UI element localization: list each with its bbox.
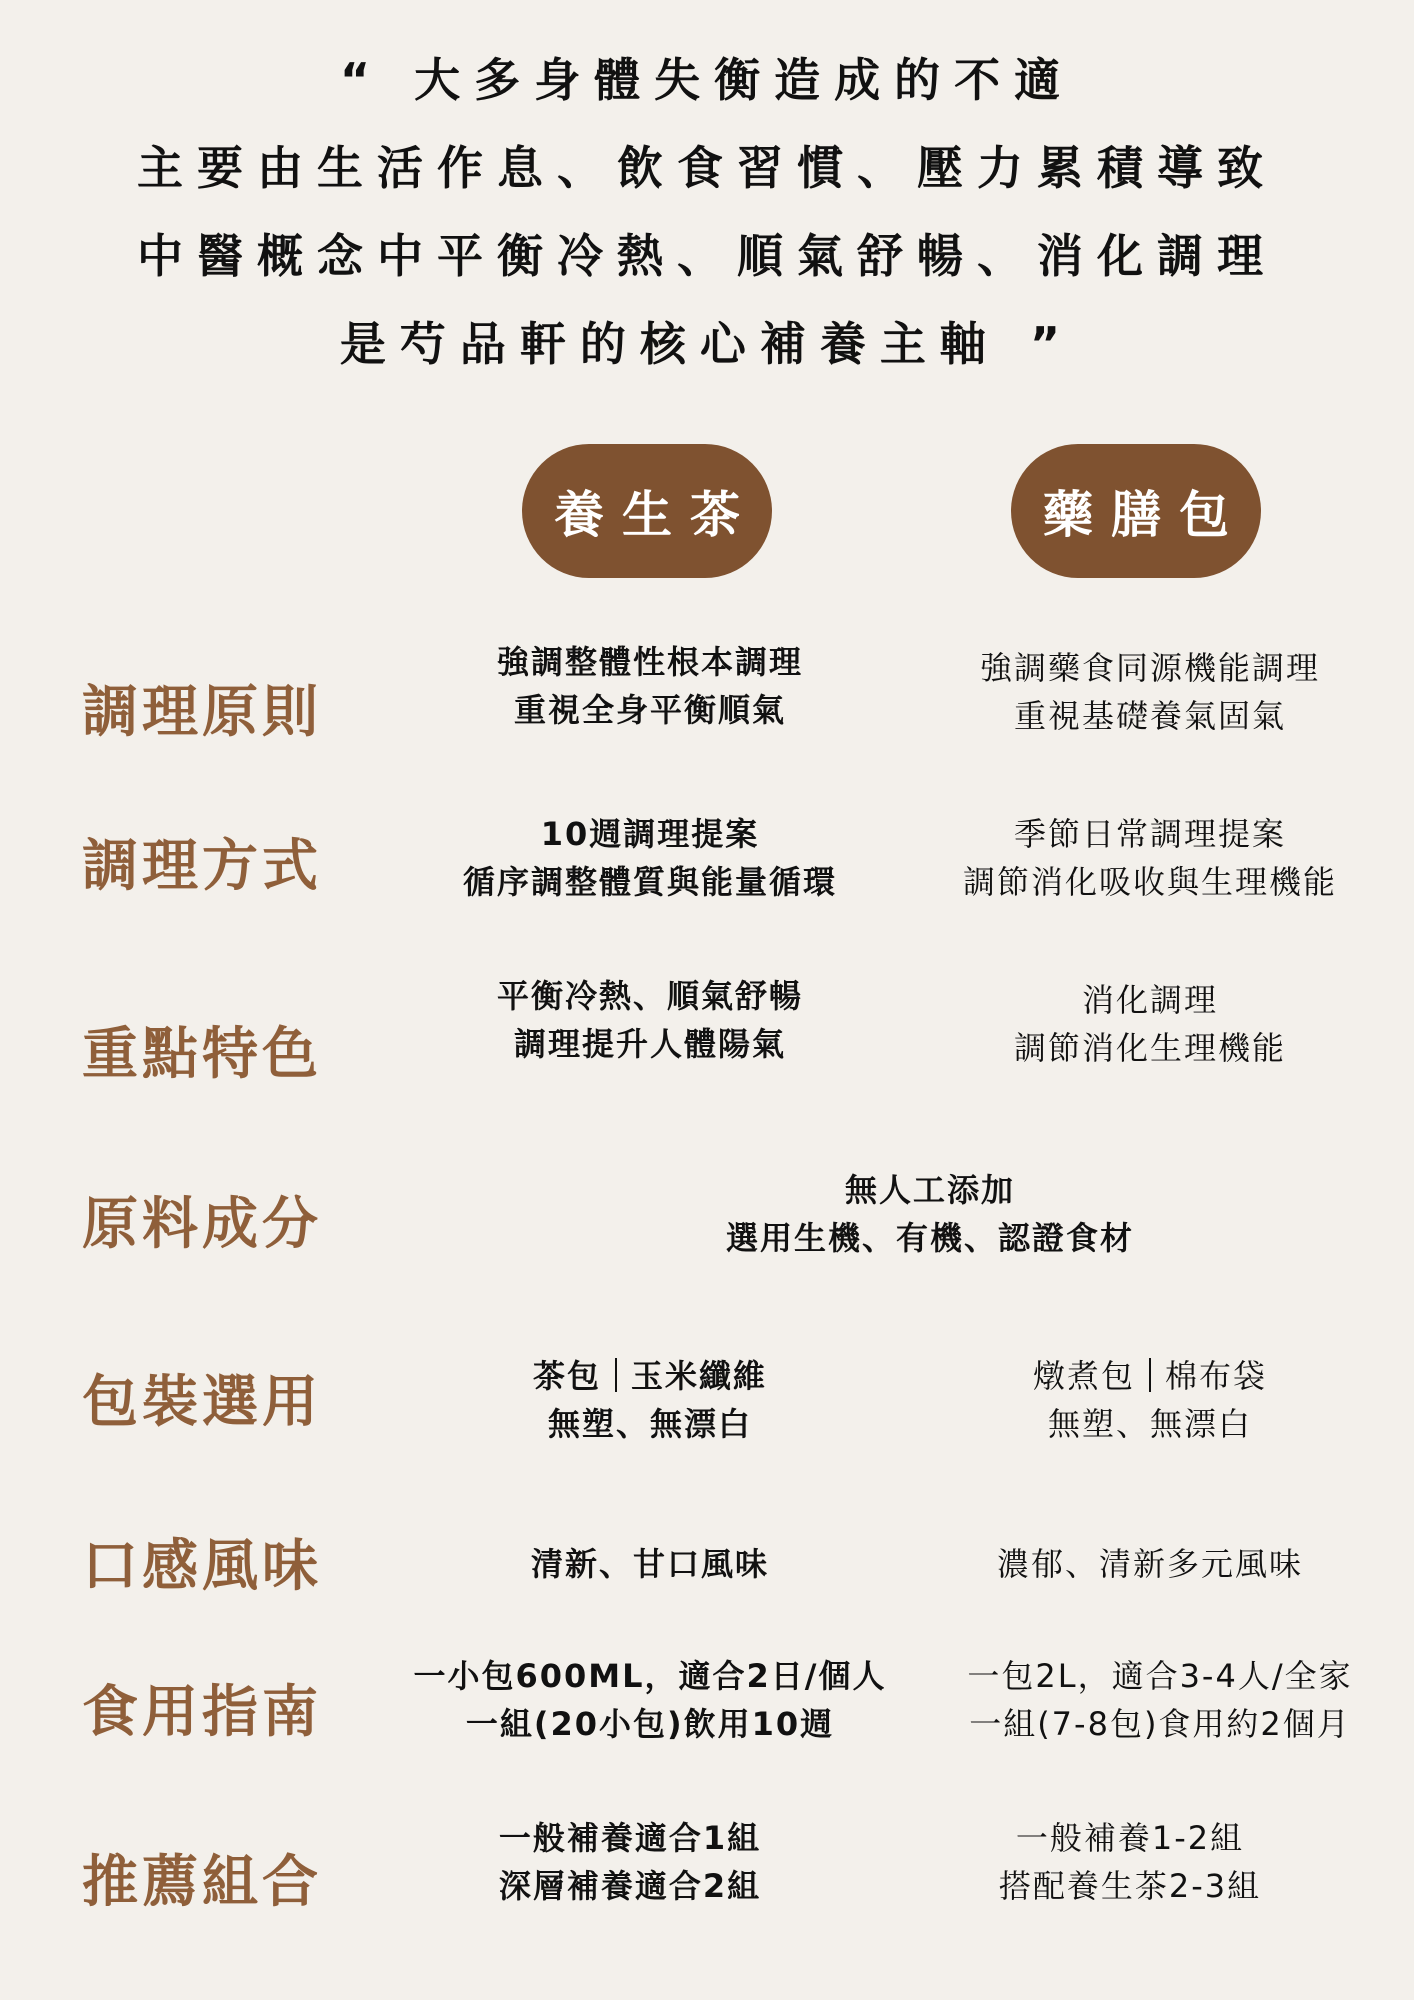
herb-line: 一包2L，適合3-4人/全家 — [920, 1652, 1400, 1700]
column-header-herb: 藥膳包 — [1011, 444, 1261, 578]
tea-line: 一組(20小包)飲用10週 — [380, 1700, 920, 1748]
herb-line: 無塑、無漂白 — [900, 1400, 1400, 1448]
herb-line: 燉煮包棉布袋 — [900, 1352, 1400, 1400]
tea-cell: 平衡冷熱、順氣舒暢 調理提升人體陽氣 — [380, 972, 920, 1068]
herb-line: 濃郁、清新多元風味 — [900, 1540, 1400, 1588]
tea-line: 深層補養適合2組 — [360, 1862, 900, 1910]
herb-cell: 季節日常調理提案 調節消化吸收與生理機能 — [900, 810, 1400, 906]
tea-pack-material: 玉米纖維 — [631, 1357, 767, 1395]
intro-quote: “ 大多身體失衡造成的不適 主要由生活作息、飲食習慣、壓力累積導致 中醫概念中平… — [0, 36, 1414, 388]
tea-line: 茶包玉米纖維 — [380, 1352, 920, 1400]
column-header-tea: 養生茶 — [522, 444, 772, 578]
tea-cell: 茶包玉米纖維 無塑、無漂白 — [380, 1352, 920, 1448]
shared-cell: 無人工添加 選用生機、有機、認證食材 — [380, 1166, 1414, 1262]
herb-cell: 一包2L，適合3-4人/全家 一組(7-8包)食用約2個月 — [920, 1652, 1400, 1748]
quote-line-2: 主要由生活作息、飲食習慣、壓力累積導致 — [0, 124, 1414, 212]
quote-line-1: “ 大多身體失衡造成的不適 — [0, 36, 1414, 124]
tea-cell: 強調整體性根本調理 重視全身平衡順氣 — [380, 638, 920, 734]
herb-line: 一組(7-8包)食用約2個月 — [920, 1700, 1400, 1748]
shared-line: 無人工添加 — [380, 1166, 1414, 1214]
tea-cell: 10週調理提案 循序調整體質與能量循環 — [380, 810, 920, 906]
row-label: 重點特色 — [82, 1010, 322, 1090]
quote-line-3: 中醫概念中平衡冷熱、順氣舒暢、消化調理 — [0, 212, 1414, 300]
herb-line: 消化調理 — [900, 976, 1400, 1024]
herb-line: 調節消化吸收與生理機能 — [900, 858, 1400, 906]
tea-line: 平衡冷熱、順氣舒暢 — [380, 972, 920, 1020]
herb-line: 重視基礎養氣固氣 — [900, 692, 1400, 740]
row-label: 調理原則 — [82, 668, 322, 748]
tea-line: 無塑、無漂白 — [380, 1400, 920, 1448]
tea-cell: 一小包600ML，適合2日/個人 一組(20小包)飲用10週 — [380, 1652, 920, 1748]
divider — [615, 1358, 617, 1392]
herb-line: 季節日常調理提案 — [900, 810, 1400, 858]
tea-line: 循序調整體質與能量循環 — [380, 858, 920, 906]
herb-pack-type: 燉煮包 — [1033, 1357, 1135, 1395]
shared-line: 選用生機、有機、認證食材 — [380, 1214, 1414, 1262]
tea-line: 重視全身平衡順氣 — [380, 686, 920, 734]
herb-line: 強調藥食同源機能調理 — [900, 644, 1400, 692]
tea-line: 強調整體性根本調理 — [380, 638, 920, 686]
tea-line: 一般補養適合1組 — [360, 1814, 900, 1862]
herb-cell: 一般補養1-2組 搭配養生茶2-3組 — [880, 1814, 1380, 1910]
herb-line: 調節消化生理機能 — [900, 1024, 1400, 1072]
row-label: 推薦組合 — [82, 1838, 322, 1918]
tea-pack-type: 茶包 — [533, 1357, 601, 1395]
row-label: 調理方式 — [82, 822, 322, 902]
herb-cell: 強調藥食同源機能調理 重視基礎養氣固氣 — [900, 644, 1400, 740]
row-label: 包裝選用 — [82, 1358, 322, 1438]
quote-line-4: 是芍品軒的核心補養主軸 ” — [0, 300, 1414, 388]
row-label: 口感風味 — [82, 1522, 322, 1602]
herb-cell: 燉煮包棉布袋 無塑、無漂白 — [900, 1352, 1400, 1448]
row-label: 原料成分 — [82, 1180, 322, 1260]
tea-line: 一小包600ML，適合2日/個人 — [380, 1652, 920, 1700]
herb-line: 搭配養生茶2-3組 — [880, 1862, 1380, 1910]
herb-line: 一般補養1-2組 — [880, 1814, 1380, 1862]
tea-cell: 一般補養適合1組 深層補養適合2組 — [360, 1814, 900, 1910]
tea-line: 清新、甘口風味 — [380, 1540, 920, 1588]
tea-line: 10週調理提案 — [380, 810, 920, 858]
herb-cell: 消化調理 調節消化生理機能 — [900, 976, 1400, 1072]
herb-pack-material: 棉布袋 — [1165, 1357, 1267, 1395]
herb-cell: 濃郁、清新多元風味 — [900, 1540, 1400, 1588]
row-label: 食用指南 — [82, 1668, 322, 1748]
tea-cell: 清新、甘口風味 — [380, 1540, 920, 1588]
tea-line: 調理提升人體陽氣 — [380, 1020, 920, 1068]
divider — [1149, 1358, 1151, 1392]
